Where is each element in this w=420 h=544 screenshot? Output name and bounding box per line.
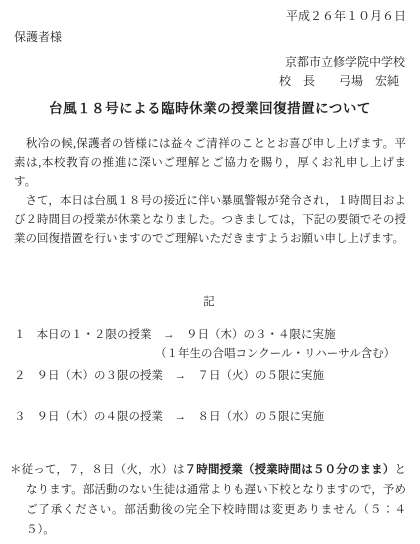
recipient-line: 保護者様 [14, 29, 406, 45]
footnote: ＊従って，７，８日（火，水）は７時間授業（授業時間は５０分のまま）となります。部… [10, 460, 406, 540]
document-title: 台風１８号による臨時休業の授業回復措置について [14, 99, 406, 119]
schedule-item: ２ ９日（木）の３限の授業 → ７日（火）の５限に実施 [14, 367, 406, 386]
schedule-item: ３ ９日（木）の４限の授業 → ８日（水）の５限に実施 [14, 408, 406, 427]
item-text: 本日の１・２限の授業 → ９日（木）の３・４限に実施 [37, 326, 336, 345]
record-marker: 記 [14, 293, 406, 312]
item-note: （１年生の合唱コンクール・リハーサル含む） [155, 345, 406, 364]
item-text: ９日（木）の４限の授業 → ８日（水）の５限に実施 [37, 408, 325, 427]
principal-line: 校 長 弓場 宏純 [14, 73, 406, 89]
item-text: ９日（木）の３限の授業 → ７日（火）の５限に実施 [37, 367, 325, 386]
item-number: ３ [14, 408, 26, 427]
school-name: 京都市立修学院中学校 [14, 54, 406, 70]
schedule-list: １ 本日の１・２限の授業 → ９日（木）の３・４限に実施 （１年生の合唱コンクー… [14, 326, 406, 427]
item-number: １ [14, 326, 26, 345]
schedule-item: １ 本日の１・２限の授業 → ９日（木）の３・４限に実施 [14, 326, 406, 345]
footnote-lead: ＊従って，７，８日（火，水）は [10, 464, 185, 476]
greeting-paragraph: 秋冷の候,保護者の皆様には益々ご清祥のこととお喜び申し上げます。平素は,本校教育… [14, 135, 406, 192]
document-page: 平成２６年１０月６日 保護者様 京都市立修学院中学校 校 長 弓場 宏純 台風１… [0, 0, 420, 544]
item-number: ２ [14, 367, 26, 386]
notice-paragraph: さて，本日は台風１８号の接近に伴い暴風警報が発令され，１時間目および２時間目の授… [14, 192, 406, 249]
footnote-bold: ７時間授業（授業時間は５０分のまま） [185, 464, 395, 476]
date-line: 平成２６年１０月６日 [14, 8, 406, 24]
